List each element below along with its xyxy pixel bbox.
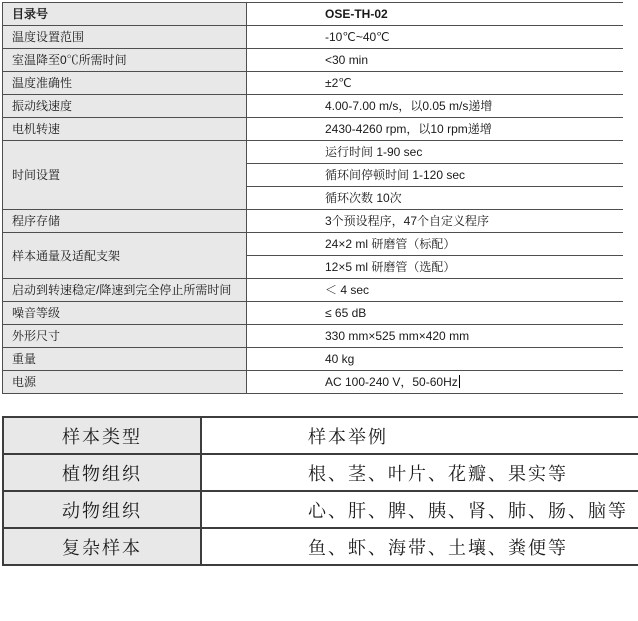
spec-label-vibration-speed: 振动线速度	[3, 95, 247, 118]
sample-type-complex: 复杂样本	[3, 528, 201, 565]
table-row: 样本通量及适配支架 24×2 ml 研磨管（标配）	[3, 233, 624, 256]
spec-label-temp-accuracy: 温度准确性	[3, 72, 247, 95]
table-row: 室温降至0℃所需时间 <30 min	[3, 49, 624, 72]
spec-value-pause-time: 循环间停顿时间 1-120 sec	[247, 164, 624, 187]
spec-label-cooldown-time: 室温降至0℃所需时间	[3, 49, 247, 72]
table-row: 温度设置范围 -10℃~40℃	[3, 26, 624, 49]
table-row: 程序存储 3个预设程序，47个自定义程序	[3, 210, 624, 233]
spec-value-noise-level: ≤ 65 dB	[247, 302, 624, 325]
spec-value-power[interactable]: AC 100-240 V，50-60Hz	[247, 371, 624, 394]
table-row: 外形尺寸 330 mm×525 mm×420 mm	[3, 325, 624, 348]
spec-value-weight: 40 kg	[247, 348, 624, 371]
spec-label-noise-level: 噪音等级	[3, 302, 247, 325]
spec-label-power: 电源	[3, 371, 247, 394]
spec-label-temp-range: 温度设置范围	[3, 26, 247, 49]
sample-example-plant: 根、茎、叶片、花瓣、果实等	[201, 454, 638, 491]
spec-value-run-time: 运行时间 1-90 sec	[247, 141, 624, 164]
table-row: 振动线速度 4.00-7.00 m/s，以0.05 m/s递增	[3, 95, 624, 118]
spec-label-motor-rpm: 电机转速	[3, 118, 247, 141]
sample-example-complex: 鱼、虾、海带、土壤、粪便等	[201, 528, 638, 565]
spec-label-dimensions: 外形尺寸	[3, 325, 247, 348]
text-cursor	[459, 375, 460, 388]
table-row: 复杂样本 鱼、虾、海带、土壤、粪便等	[3, 528, 638, 565]
table-row: 温度准确性 ±2℃	[3, 72, 624, 95]
sample-header-type: 样本类型	[3, 417, 201, 454]
spec-label-startup-stop-time: 启动到转速稳定/降速到完全停止所需时间	[3, 279, 247, 302]
spec-value-vibration-speed: 4.00-7.00 m/s，以0.05 m/s递增	[247, 95, 624, 118]
table-row: 重量 40 kg	[3, 348, 624, 371]
sample-type-animal: 动物组织	[3, 491, 201, 528]
spec-table: 目录号 OSE-TH-02 温度设置范围 -10℃~40℃ 室温降至0℃所需时间…	[2, 2, 623, 394]
spec-value-cycle-count: 循环次数 10次	[247, 187, 624, 210]
sample-example-animal: 心、肝、脾、胰、肾、肺、肠、脑等	[201, 491, 638, 528]
spec-label-catalog-number: 目录号	[3, 3, 247, 26]
table-row: 动物组织 心、肝、脾、胰、肾、肺、肠、脑等	[3, 491, 638, 528]
table-row: 噪音等级 ≤ 65 dB	[3, 302, 624, 325]
table-row: 时间设置 运行时间 1-90 sec	[3, 141, 624, 164]
spec-value-program-storage: 3个预设程序，47个自定义程序	[247, 210, 624, 233]
sample-type-plant: 植物组织	[3, 454, 201, 491]
spec-value-catalog-number: OSE-TH-02	[247, 3, 624, 26]
spec-value-tube-standard: 24×2 ml 研磨管（标配）	[247, 233, 624, 256]
spec-value-cooldown-time: <30 min	[247, 49, 624, 72]
spec-label-throughput: 样本通量及适配支架	[3, 233, 247, 279]
table-row: 目录号 OSE-TH-02	[3, 3, 624, 26]
spec-value-tube-optional: 12×5 ml 研磨管（选配）	[247, 256, 624, 279]
sample-table: 样本类型 样本举例 植物组织 根、茎、叶片、花瓣、果实等 动物组织 心、肝、脾、…	[2, 416, 638, 566]
spec-label-weight: 重量	[3, 348, 247, 371]
table-row: 电源 AC 100-240 V，50-60Hz	[3, 371, 624, 394]
table-row: 植物组织 根、茎、叶片、花瓣、果实等	[3, 454, 638, 491]
spec-label-program-storage: 程序存储	[3, 210, 247, 233]
spec-value-power-text: AC 100-240 V，50-60Hz	[325, 375, 458, 389]
spec-value-startup-stop-time: ＜ 4 sec	[247, 279, 624, 302]
spec-label-time-settings: 时间设置	[3, 141, 247, 210]
spec-value-temp-range: -10℃~40℃	[247, 26, 624, 49]
spec-value-motor-rpm: 2430-4260 rpm，以10 rpm递增	[247, 118, 624, 141]
spec-value-temp-accuracy: ±2℃	[247, 72, 624, 95]
table-row: 样本类型 样本举例	[3, 417, 638, 454]
table-row: 电机转速 2430-4260 rpm，以10 rpm递增	[3, 118, 624, 141]
sample-header-example: 样本举例	[201, 417, 638, 454]
table-row: 启动到转速稳定/降速到完全停止所需时间 ＜ 4 sec	[3, 279, 624, 302]
spec-value-dimensions: 330 mm×525 mm×420 mm	[247, 325, 624, 348]
